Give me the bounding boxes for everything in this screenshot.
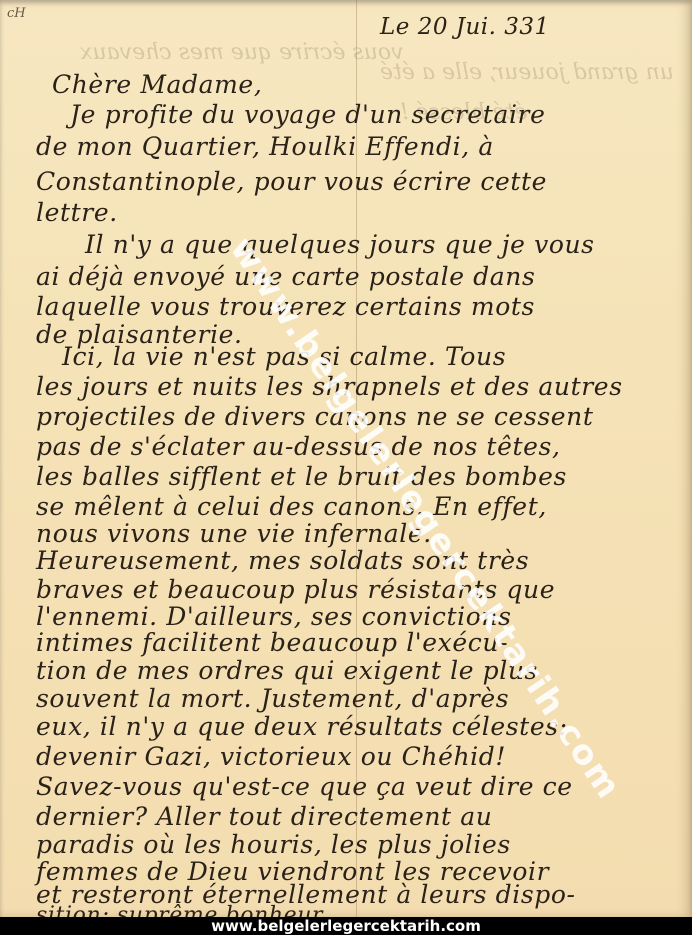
letter-line: les balles sifflent et le bruit des bomb…	[36, 462, 567, 491]
bleed-through-text: vous écrire que mes chevaux	[80, 40, 404, 65]
letter-line: souvent la mort. Justement, d'après	[36, 684, 509, 713]
footer-url-bar: www.belgelerlegercektarih.com	[0, 917, 692, 935]
footer-url: www.belgelerlegercektarih.com	[211, 917, 481, 935]
letter-line: Ici, la vie n'est pas si calme. Tous	[62, 342, 506, 371]
letter-page: vous écrire que mes chevaux un grand jou…	[0, 0, 692, 917]
letter-line: pas de s'éclater au-dessus de nos têtes,	[36, 432, 561, 461]
letter-line: l'ennemi. D'ailleurs, ses convictions	[36, 602, 512, 631]
letter-line: Il n'y a que quelques jours que je vous	[85, 230, 595, 259]
letter-line: de mon Quartier, Houlki Effendi, à	[36, 132, 494, 161]
letter-line: se mêlent à celui des canons. En effet,	[36, 492, 547, 521]
letter-line: intimes facilitent beaucoup l'exécu-	[36, 628, 508, 657]
bleed-through-text: un grand joueur, elle a été	[380, 60, 674, 85]
greeting: Chère Madame,	[52, 70, 262, 99]
letter-line: tion de mes ordres qui exigent le plus	[36, 656, 538, 685]
letter-line: Savez-vous qu'est-ce que ça veut dire ce	[36, 772, 573, 801]
letter-line: sition; suprême bonheur...	[36, 903, 344, 917]
margin-note: cH	[7, 6, 26, 21]
letter-line: eux, il n'y a que deux résultats céleste…	[36, 712, 568, 741]
letter-line: dernier? Aller tout directement au	[36, 802, 492, 831]
letter-line: paradis où les houris, les plus jolies	[36, 830, 511, 859]
letter-line: Constantinople, pour vous écrire cette	[36, 167, 547, 196]
letter-line: Je profite du voyage d'un secretaire	[70, 100, 546, 129]
letter-line: projectiles de divers canons ne se cesse…	[36, 402, 594, 431]
letter-line: devenir Gazi, victorieux ou Chéhid!	[36, 742, 506, 771]
letter-line: nous vivons une vie infernale.	[36, 519, 432, 548]
letter-date: Le 20 Jui. 331	[380, 14, 550, 40]
letter-line: lettre.	[36, 198, 118, 227]
